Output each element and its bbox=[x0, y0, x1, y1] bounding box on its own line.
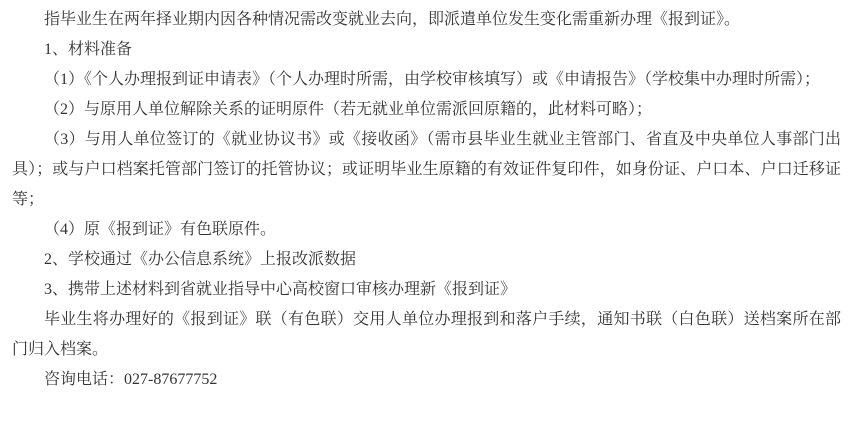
section-materials-title: 1、材料准备 bbox=[12, 35, 841, 65]
intro-paragraph: 指毕业生在两年择业期内因各种情况需改变就业去向，即派遣单位发生变化需重新办理《报… bbox=[12, 5, 841, 35]
material-item-2: （2）与原用人单位解除关系的证明原件（若无就业单位需派回原籍的，此材料可略）； bbox=[12, 95, 841, 125]
contact-paragraph: 咨询电话：027-87677752 bbox=[12, 365, 841, 395]
material-item-3: （3）与用人单位签订的《就业协议书》或《接收函》（需市县毕业生就业主管部门、省直… bbox=[12, 125, 841, 215]
step-2-paragraph: 2、学校通过《办公信息系统》上报改派数据 bbox=[12, 245, 841, 275]
contact-label: 咨询电话： bbox=[44, 371, 124, 388]
material-item-1: （1）《个人办理报到证申请表》（个人办理时所需，由学校审核填写）或《申请报告》（… bbox=[12, 65, 841, 95]
closing-paragraph: 毕业生将办理好的《报到证》联（有色联）交用人单位办理报到和落户手续，通知书联（白… bbox=[12, 305, 841, 365]
step-3-paragraph: 3、携带上述材料到省就业指导中心高校窗口审核办理新《报到证》 bbox=[12, 275, 841, 305]
document-body: 指毕业生在两年择业期内因各种情况需改变就业去向，即派遣单位发生变化需重新办理《报… bbox=[0, 0, 851, 427]
material-item-4: （4）原《报到证》有色联原件。 bbox=[12, 215, 841, 245]
contact-phone-number: 027-87677752 bbox=[124, 371, 217, 388]
